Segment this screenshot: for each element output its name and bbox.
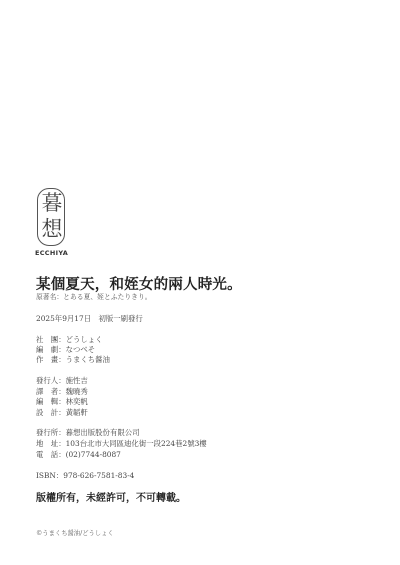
credit-row: 發行人：施性吉 [36, 376, 88, 386]
credit-label: 作 畫 [36, 355, 58, 365]
isbn: ISBN：978-626-7581-83-4 [36, 471, 134, 481]
publisher-label: 電 話 [36, 450, 58, 460]
logo-brand-text: ECCHIYA [35, 249, 68, 257]
publisher-row: 發行所：暮想出版股份有限公司 [36, 428, 140, 438]
credit-label: 編 劇 [36, 345, 58, 355]
credit-label: 編 輯 [36, 397, 58, 407]
credit-value: うまくち醤油 [66, 355, 110, 364]
publisher-label: 發行所 [36, 428, 58, 438]
publisher-value: 暮想出版股份有限公司 [66, 428, 140, 437]
credit-row: 作 畫：うまくち醤油 [36, 355, 110, 365]
credit-row: 編 輯：林奕帆 [36, 397, 88, 407]
rights-notice: 版權所有，未經許可，不可轉載。 [36, 489, 186, 504]
original-title: 原著名：とある夏、姪とふたりきり。 [36, 291, 152, 301]
credit-value: 林奕帆 [66, 397, 88, 406]
credit-label: 設 計 [36, 408, 58, 418]
edition-date: 2025年9月17日 初版一刷發行 [36, 314, 143, 324]
credit-value: どうしょく [66, 335, 103, 344]
credit-value: 魏曉秀 [66, 387, 88, 396]
credit-row: 社 團：どうしょく [36, 335, 103, 345]
logo-char-top: 暮 [38, 191, 66, 215]
credit-row: 譯 者：魏曉秀 [36, 387, 88, 397]
credit-value: 黃韜軒 [66, 408, 88, 417]
publisher-row: 地 址：103台北市大同區迪化街一段224巷2號3樓 [36, 439, 207, 449]
publisher-row: 電 話：(02)7744-8087 [36, 450, 121, 460]
logo-stamp: 暮 想 [37, 188, 65, 246]
publisher-value: 103台北市大同區迪化街一段224巷2號3樓 [66, 439, 207, 448]
copyright-notice: ©うまくち醤油/どうしょく [36, 528, 114, 537]
credit-value: なつべそ [66, 345, 96, 354]
logo-char-bottom: 想 [38, 217, 66, 241]
publisher-label: 地 址 [36, 439, 58, 449]
credit-label: 發行人 [36, 376, 58, 386]
publisher-value: (02)7744-8087 [66, 450, 121, 459]
credit-label: 社 團 [36, 335, 58, 345]
credit-value: 施性吉 [66, 376, 88, 385]
credit-label: 譯 者 [36, 387, 58, 397]
credit-row: 編 劇：なつべそ [36, 345, 95, 355]
credit-row: 設 計：黃韜軒 [36, 408, 88, 418]
